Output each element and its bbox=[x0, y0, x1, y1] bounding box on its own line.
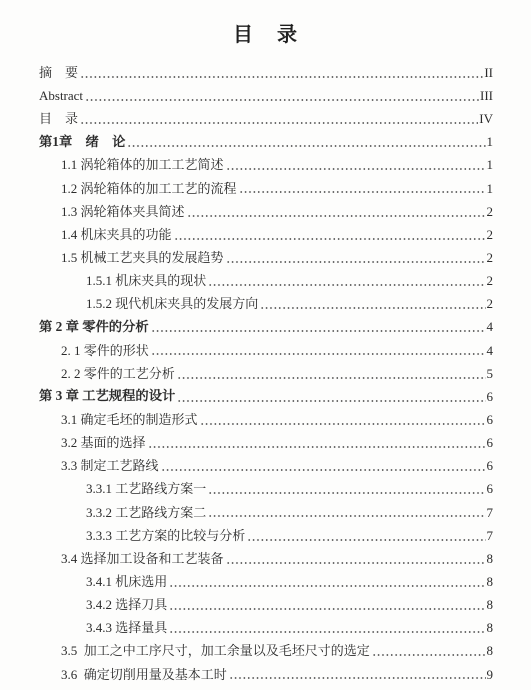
dot-leader bbox=[260, 302, 485, 311]
toc-entry: 3.3.1 工艺路线方案一 6 bbox=[39, 476, 493, 499]
toc-entry-label: 3.3.2 工艺路线方案二 bbox=[86, 506, 206, 520]
toc-entry-page: 4 bbox=[487, 320, 494, 334]
toc-entry-label: 第1章 绪 论 bbox=[39, 135, 125, 150]
toc-entry-label: 3.3.3 工艺方案的比较与分析 bbox=[86, 529, 245, 543]
dot-leader bbox=[372, 649, 486, 658]
toc-entry: 1.3 涡轮箱体夹具简述 2 bbox=[39, 198, 493, 221]
toc-entry-page: 2 bbox=[487, 228, 494, 242]
dot-leader bbox=[169, 626, 485, 635]
toc-entry-page: IV bbox=[479, 112, 493, 126]
toc-entry-label: 1.3 涡轮箱体夹具简述 bbox=[61, 205, 185, 219]
toc-entry: 第 2 章 零件的分析 4 bbox=[39, 314, 493, 337]
toc-entry-page: 6 bbox=[487, 459, 494, 473]
toc-entry-label: 1.5.1 机床夹具的现状 bbox=[86, 274, 206, 288]
toc-entry-label: 2. 2 零件的工艺分析 bbox=[61, 367, 175, 381]
toc-entry: 1.1 涡轮箱体的加工工艺简述 1 bbox=[39, 152, 493, 175]
toc-entry-page: 2 bbox=[487, 297, 494, 311]
toc-entry-page: 9 bbox=[487, 668, 494, 682]
toc-entry-page: 4 bbox=[487, 344, 494, 358]
toc-entry-page: 1 bbox=[487, 135, 494, 149]
toc-entry-page: 6 bbox=[487, 436, 494, 450]
toc-entry: 3.4.2 选择刀具 8 bbox=[39, 591, 493, 614]
toc-entry: 1.4 机床夹具的功能 2 bbox=[39, 221, 493, 244]
dot-leader bbox=[80, 70, 483, 79]
toc-entry-page: 1 bbox=[487, 158, 494, 172]
toc-entry: 第 3 章 工艺规程的设计 6 bbox=[39, 383, 493, 406]
toc-entry-page: 2 bbox=[487, 274, 494, 288]
toc-entry: 3.1 确定毛坯的制造形式 6 bbox=[39, 406, 493, 429]
toc-entry: 摘 要 II bbox=[39, 59, 493, 82]
dot-leader bbox=[239, 186, 486, 195]
toc-entry-page: 6 bbox=[487, 413, 494, 427]
dot-leader bbox=[151, 325, 486, 334]
toc-entry: 1.2 涡轮箱体的加工工艺的流程 1 bbox=[39, 175, 493, 198]
toc-entry-label: 第 3 章 工艺规程的设计 bbox=[39, 389, 175, 404]
toc-entry-label: 3.1 确定毛坯的制造形式 bbox=[61, 413, 198, 427]
toc-entry-page: 2 bbox=[487, 251, 494, 265]
toc-entry-page: 6 bbox=[487, 482, 494, 496]
toc-entry: 1.5.1 机床夹具的现状 2 bbox=[39, 267, 493, 290]
dot-leader bbox=[85, 93, 479, 102]
toc-entry: Abstract III bbox=[39, 82, 493, 105]
toc-entry-label: 2. 1 零件的形状 bbox=[61, 344, 149, 358]
toc-entry: 3.3.3 工艺方案的比较与分析 7 bbox=[39, 522, 493, 545]
toc-entry: 3.2 基面的选择 6 bbox=[39, 429, 493, 452]
toc-entry-page: III bbox=[480, 89, 493, 103]
toc-entry-label: 摘 要 bbox=[39, 66, 78, 80]
toc-entry-page: 6 bbox=[487, 390, 494, 404]
toc-entry: 3.6 确定切削用量及基本工时 9 bbox=[39, 661, 493, 684]
page-title: 目 录 bbox=[39, 18, 493, 47]
toc-entry-page: 8 bbox=[487, 575, 494, 589]
dot-leader bbox=[177, 371, 486, 380]
dot-leader bbox=[208, 278, 485, 287]
toc-entry: 3.4 选择加工设备和工艺装备 8 bbox=[39, 545, 493, 568]
toc-entry-page: 2 bbox=[487, 205, 494, 219]
toc-entry-label: 3.4.2 选择刀具 bbox=[86, 598, 167, 612]
toc-entry-label: 3.4 选择加工设备和工艺装备 bbox=[61, 552, 224, 566]
toc-entry: 第1章 绪 论 1 bbox=[39, 128, 493, 151]
toc-entry-page: 1 bbox=[487, 182, 494, 196]
toc-entry-page: 8 bbox=[487, 644, 494, 658]
toc-entry-label: 1.4 机床夹具的功能 bbox=[61, 228, 172, 242]
toc-entry-page: 8 bbox=[487, 598, 494, 612]
toc-entry: 3.4.3 选择量具 8 bbox=[39, 614, 493, 637]
toc-entry-page: 7 bbox=[487, 506, 494, 520]
toc-entry: 目 录 IV bbox=[39, 105, 493, 128]
toc-entry-label: 1.2 涡轮箱体的加工工艺的流程 bbox=[61, 182, 237, 196]
dot-leader bbox=[226, 556, 486, 565]
toc-entry: 2. 1 零件的形状 4 bbox=[39, 337, 493, 360]
dot-leader bbox=[229, 672, 486, 681]
toc-entry-label: 3.3.1 工艺路线方案一 bbox=[86, 482, 206, 496]
toc-entry-label: 3.3 制定工艺路线 bbox=[61, 459, 159, 473]
toc-entry: 3.5 加工之中工序尺寸，加工余量以及毛坯尺寸的选定 8 bbox=[39, 638, 493, 661]
dot-leader bbox=[148, 440, 486, 449]
dot-leader bbox=[161, 464, 486, 473]
dot-leader bbox=[174, 232, 486, 241]
toc-entry-label: 1.1 涡轮箱体的加工工艺简述 bbox=[61, 158, 224, 172]
dot-leader bbox=[187, 209, 486, 218]
dot-leader bbox=[151, 348, 486, 357]
toc-entry: 3.3 制定工艺路线 6 bbox=[39, 452, 493, 475]
toc-entry: 3.4.1 机床选用 8 bbox=[39, 568, 493, 591]
dot-leader bbox=[226, 163, 486, 172]
document-page: 目 录 摘 要 II Abstract III 目 录 IV 第1章 绪 论 1… bbox=[0, 0, 531, 690]
dot-leader bbox=[208, 487, 485, 496]
toc-entry-label: 第 2 章 零件的分析 bbox=[39, 320, 149, 335]
toc-entry-label: 3.4.3 选择量具 bbox=[86, 621, 167, 635]
toc-entry-label: 目 录 bbox=[39, 112, 78, 126]
toc-entry-label: 1.5 机械工艺夹具的发展趋势 bbox=[61, 251, 224, 265]
dot-leader bbox=[208, 510, 485, 519]
toc-entry: 2. 2 零件的工艺分析 5 bbox=[39, 360, 493, 383]
toc-list: 摘 要 II Abstract III 目 录 IV 第1章 绪 论 1 1.1… bbox=[39, 59, 493, 684]
toc-entry-page: 7 bbox=[487, 529, 494, 543]
toc-entry-label: 3.6 确定切削用量及基本工时 bbox=[61, 668, 227, 682]
toc-entry-label: 3.5 加工之中工序尺寸，加工余量以及毛坯尺寸的选定 bbox=[61, 644, 370, 658]
toc-entry-page: II bbox=[484, 66, 493, 80]
toc-entry-page: 5 bbox=[487, 367, 494, 381]
toc-entry: 3.3.2 工艺路线方案二 7 bbox=[39, 499, 493, 522]
dot-leader bbox=[200, 417, 486, 426]
dot-leader bbox=[226, 255, 486, 264]
toc-entry-label: 1.5.2 现代机床夹具的发展方向 bbox=[86, 297, 258, 311]
toc-entry: 1.5 机械工艺夹具的发展趋势 2 bbox=[39, 244, 493, 267]
dot-leader bbox=[247, 533, 485, 542]
dot-leader bbox=[80, 116, 478, 125]
dot-leader bbox=[169, 579, 485, 588]
dot-leader bbox=[177, 394, 485, 403]
dot-leader bbox=[169, 602, 485, 611]
toc-entry-page: 8 bbox=[487, 621, 494, 635]
toc-entry-label: 3.4.1 机床选用 bbox=[86, 575, 167, 589]
dot-leader bbox=[127, 140, 485, 149]
toc-entry-label: Abstract bbox=[39, 89, 83, 103]
toc-entry-page: 8 bbox=[487, 552, 494, 566]
toc-entry: 1.5.2 现代机床夹具的发展方向 2 bbox=[39, 290, 493, 313]
toc-entry-label: 3.2 基面的选择 bbox=[61, 436, 146, 450]
